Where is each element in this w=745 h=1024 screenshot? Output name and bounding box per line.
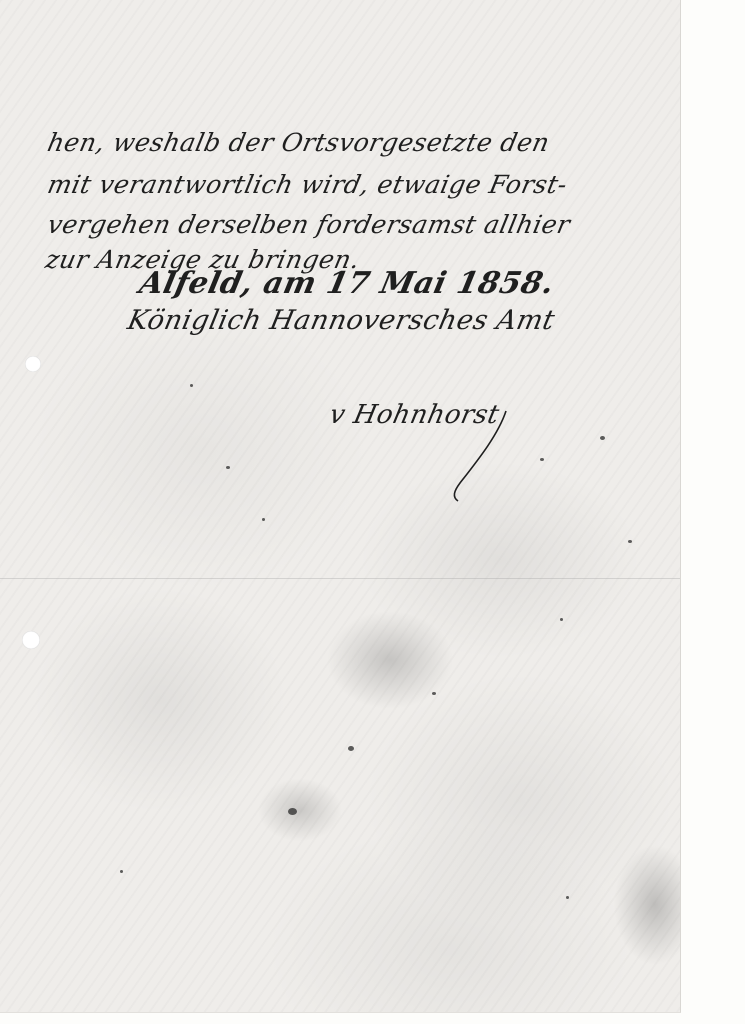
- signature-flourish-icon: [448, 405, 518, 505]
- punch-hole-top: [25, 356, 41, 372]
- place-date-line: Alfeld, am 17 Mai 1858.: [136, 266, 557, 301]
- body-line-2: mit verantwortlich wird, etwaige Forst-: [45, 170, 570, 199]
- body-line-3: vergehen derselben fordersamst allhier: [45, 210, 573, 239]
- body-line-1: hen, weshalb der Ortsvorgesetzte den: [45, 128, 553, 157]
- letter-page: hen, weshalb der Ortsvorgesetzte den mit…: [0, 0, 681, 1013]
- office-line: Königlich Hannoversches Amt: [125, 305, 558, 336]
- punch-hole-bottom: [22, 631, 40, 649]
- fold-line: [0, 578, 680, 579]
